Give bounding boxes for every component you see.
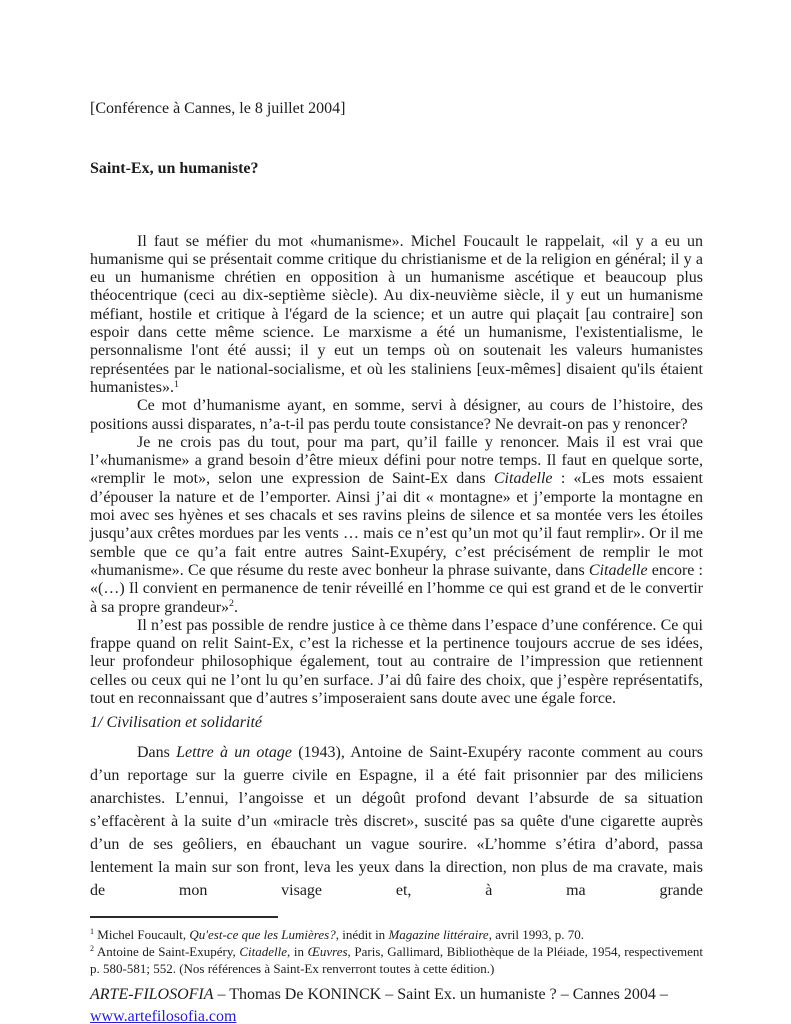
- paragraph: Je ne crois pas du tout, pour ma part, q…: [90, 434, 703, 617]
- text-run: ARTE-FILOSOFIA: [90, 986, 214, 1003]
- text-run: , in: [287, 944, 308, 959]
- text-run: , avril 1993, p. 70.: [489, 927, 584, 942]
- text-run: Dans: [137, 744, 176, 761]
- section-heading: 1/ Civilisation et solidarité: [90, 714, 703, 732]
- paragraph: Il faut se méfier du mot «humanisme». Mi…: [90, 233, 703, 398]
- text-run: Ce mot d’humanisme ayant, en somme, serv…: [90, 397, 703, 432]
- text-run: .: [234, 599, 238, 616]
- paragraph: Dans Lettre à un otage (1943), Antoine d…: [90, 741, 703, 902]
- footnote-ref: 2: [90, 944, 94, 953]
- text-run: Il faut se méfier du mot «humanisme». Mi…: [90, 233, 703, 396]
- text-run: Antoine de Saint-Exupéry,: [94, 944, 239, 959]
- text-run: Michel Foucault,: [94, 927, 189, 942]
- artefilosofia-link[interactable]: www.artefilosofia.com: [90, 1008, 236, 1024]
- footnote-ref: 1: [90, 927, 94, 936]
- footnote-ref: 2: [229, 598, 234, 609]
- footnote: 1 Michel Foucault, Qu'est-ce que les Lum…: [90, 926, 703, 943]
- paragraph: Ce mot d’humanisme ayant, en somme, serv…: [90, 397, 703, 434]
- paragraph: Il n’est pas possible de rendre justice …: [90, 617, 703, 708]
- text-run: Magazine littéraire: [388, 927, 488, 942]
- text-run: , inédit in: [336, 927, 389, 942]
- text-run: Citadelle: [589, 562, 648, 579]
- conference-note: [Conférence à Cannes, le 8 juillet 2004]: [90, 100, 703, 118]
- text-run: Citadelle: [494, 470, 553, 487]
- text-run: Citadelle: [239, 944, 287, 959]
- text-run: Qu'est-ce que les Lumières?: [189, 927, 335, 942]
- text-run: Il n’est pas possible de rendre justice …: [90, 617, 703, 707]
- footnote: 2 Antoine de Saint-Exupéry, Citadelle, i…: [90, 943, 703, 977]
- document-page: [Conférence à Cannes, le 8 juillet 2004]…: [0, 0, 791, 1024]
- text-run: – Thomas De KONINCK – Saint Ex. un human…: [214, 986, 668, 1003]
- text-run: Œuvres: [308, 944, 348, 959]
- text-run: Lettre à un otage: [176, 744, 292, 761]
- text-run: (1943), Antoine de Saint-Exupéry raconte…: [90, 744, 703, 899]
- footnote-ref: 1: [174, 379, 179, 390]
- footnote-separator: [90, 916, 278, 918]
- page-footer: ARTE-FILOSOFIA – Thomas De KONINCK – Sai…: [90, 984, 703, 1024]
- document-title: Saint-Ex, un humaniste?: [90, 160, 703, 178]
